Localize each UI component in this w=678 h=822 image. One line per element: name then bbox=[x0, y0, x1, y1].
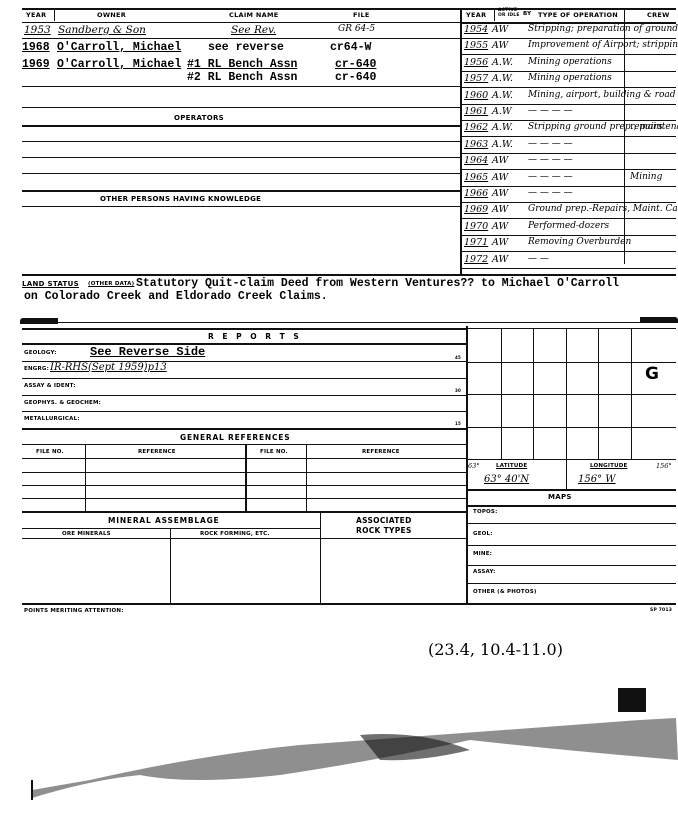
divider bbox=[462, 202, 676, 203]
land-status-sublabel: (OTHER DATA) bbox=[88, 281, 134, 287]
activity-by: AW bbox=[492, 40, 508, 51]
file-number: cr64-W bbox=[330, 41, 371, 54]
divider bbox=[22, 411, 466, 412]
divider bbox=[22, 86, 460, 87]
map-row-other: OTHER (& PHOTOS) bbox=[473, 589, 537, 595]
activity-operation: Mining, airport, building & road repairs bbox=[528, 90, 678, 100]
claim-name: #1 RL Bench Assn bbox=[187, 58, 297, 71]
lon-suffix: 156° bbox=[656, 462, 672, 470]
activity-year: 1969 bbox=[464, 204, 488, 215]
activity-year: 1971 bbox=[464, 237, 488, 248]
activity-operation: Stripping; preparation of ground bbox=[528, 24, 678, 34]
activity-operation: Removing Overburden bbox=[528, 237, 631, 247]
activity-by: A.W. bbox=[492, 73, 513, 84]
activity-by: AW bbox=[492, 24, 508, 35]
report-label-metallurgical: METALLURGICAL: bbox=[24, 416, 80, 422]
activity-operation: Improvement of Airport; stripping bbox=[528, 40, 678, 50]
activity-by: A.W. bbox=[492, 139, 513, 150]
longitude-value: 156° W bbox=[578, 474, 616, 485]
divider bbox=[566, 459, 567, 489]
grid-line bbox=[466, 394, 676, 395]
divider bbox=[320, 511, 321, 603]
divider bbox=[22, 107, 460, 108]
activity-year: 1963 bbox=[464, 139, 488, 150]
form-number: SP 7013 bbox=[650, 608, 672, 613]
activity-operation: Performed-dozers bbox=[528, 221, 609, 231]
activity-by: A.W. bbox=[492, 122, 513, 133]
activity-by: AW bbox=[492, 221, 508, 232]
divider bbox=[22, 125, 460, 127]
divider bbox=[170, 528, 171, 603]
grid-line bbox=[631, 328, 632, 459]
divider bbox=[22, 603, 676, 605]
divider bbox=[22, 528, 320, 529]
activity-year: 1956 bbox=[464, 57, 488, 68]
divider bbox=[462, 235, 676, 236]
divider bbox=[462, 136, 676, 137]
divider bbox=[466, 583, 676, 584]
activity-operation: — — — — bbox=[528, 106, 573, 116]
claim-name: #2 RL Bench Assn bbox=[187, 71, 297, 84]
ref-header-reference: REFERENCE bbox=[138, 449, 176, 455]
header-owner: OWNER bbox=[97, 11, 126, 19]
owner-name: O'Carroll, Michael bbox=[57, 58, 181, 71]
grid-line bbox=[466, 459, 676, 460]
divider bbox=[466, 565, 676, 566]
grid-mark: G bbox=[645, 364, 659, 384]
activity-operation: — — — — bbox=[528, 188, 573, 198]
grid-line bbox=[501, 328, 502, 459]
divider bbox=[22, 395, 466, 396]
grid-line bbox=[533, 328, 534, 459]
grid-line bbox=[566, 328, 567, 459]
divider bbox=[22, 428, 466, 430]
header-by: BY bbox=[523, 11, 531, 17]
activity-by: AW bbox=[492, 172, 508, 183]
divider bbox=[462, 251, 676, 252]
scan-smudge-icon bbox=[0, 680, 678, 822]
top-border-left bbox=[22, 8, 460, 10]
report-label-geology: GEOLOGY: bbox=[24, 350, 57, 356]
reports-title: R E P O R T S bbox=[208, 332, 302, 341]
divider bbox=[462, 54, 676, 55]
grid-line bbox=[598, 328, 599, 459]
file-number: cr-640 bbox=[335, 58, 376, 71]
map-row-geol: GEOL: bbox=[473, 531, 493, 537]
map-row-mine: MINE: bbox=[473, 551, 492, 557]
points-label: POINTS MERITING ATTENTION: bbox=[24, 608, 124, 614]
divider bbox=[462, 120, 676, 121]
divider bbox=[22, 498, 466, 499]
activity-operation: Ground prep.-Repairs, Maint. Camp bldgs. bbox=[528, 204, 678, 214]
divider bbox=[22, 190, 460, 192]
activity-by: A.W. bbox=[492, 57, 513, 68]
divider bbox=[22, 538, 466, 539]
activity-crew: Mining bbox=[630, 172, 662, 182]
file-number: cr-640 bbox=[335, 71, 376, 84]
activity-operation: — — — — bbox=[528, 172, 573, 182]
activity-by: A.W bbox=[492, 106, 512, 117]
report-label-engrg: ENGRG: bbox=[24, 366, 49, 372]
side-number: 30 bbox=[455, 388, 461, 393]
divider bbox=[22, 157, 460, 158]
land-status-text: Statutory Quit-claim Deed from Western V… bbox=[136, 277, 619, 290]
activity-operation: Mining operations bbox=[528, 73, 612, 83]
activity-year: 1972 bbox=[464, 254, 488, 265]
section-divider bbox=[460, 8, 462, 276]
divider bbox=[22, 378, 466, 379]
activity-year: 1960 bbox=[464, 90, 488, 101]
latitude-value: 63° 40'N bbox=[484, 474, 529, 485]
activity-year: 1964 bbox=[464, 155, 488, 166]
header-type: TYPE OF OPERATION bbox=[538, 11, 618, 19]
divider bbox=[462, 38, 676, 39]
side-number: 45 bbox=[455, 355, 461, 360]
report-label-assay: ASSAY & IDENT: bbox=[24, 383, 76, 389]
ref-header-reference-2: REFERENCE bbox=[362, 449, 400, 455]
report-value-engrg: IR-RHS(Sept 1959)p13 bbox=[50, 362, 167, 373]
divider bbox=[22, 511, 466, 513]
rock-forming-header: ROCK FORMING, ETC. bbox=[200, 531, 270, 537]
activity-year: 1957 bbox=[464, 73, 488, 84]
activity-by: AW bbox=[492, 188, 508, 199]
associated-rock-types-2: ROCK TYPES bbox=[356, 526, 412, 535]
divider bbox=[22, 328, 466, 330]
activity-year: 1970 bbox=[464, 221, 488, 232]
activity-by: AW bbox=[492, 155, 508, 166]
divider bbox=[22, 206, 460, 207]
grid-line bbox=[466, 362, 676, 363]
side-number: 15 bbox=[455, 421, 461, 426]
divider bbox=[22, 141, 460, 142]
divider bbox=[462, 104, 676, 105]
divider bbox=[462, 153, 676, 154]
divider bbox=[466, 545, 676, 546]
activity-year: 1965 bbox=[464, 172, 488, 183]
activity-year: 1955 bbox=[464, 40, 488, 51]
owner-name: O'Carroll, Michael bbox=[57, 41, 181, 54]
divider bbox=[466, 523, 676, 524]
activity-by: AW bbox=[492, 237, 508, 248]
owner-year: 1969 bbox=[22, 58, 50, 71]
header-file: FILE bbox=[353, 11, 370, 19]
grid-line bbox=[466, 427, 676, 428]
latitude-label: LATITUDE bbox=[496, 463, 527, 469]
divider bbox=[22, 274, 676, 276]
header-year: YEAR bbox=[466, 11, 486, 19]
activity-by: AW bbox=[492, 204, 508, 215]
divider bbox=[494, 9, 495, 21]
land-status-text-2: on Colorado Creek and Eldorado Creek Cla… bbox=[24, 290, 328, 303]
operators-header: OPERATORS bbox=[174, 114, 224, 122]
divider bbox=[54, 9, 55, 21]
lat-prefix: 63° bbox=[468, 462, 480, 470]
activity-operation: — — bbox=[528, 254, 549, 264]
mineral-assemblage-title: MINERAL ASSEMBLAGE bbox=[108, 516, 219, 525]
claim-name: see reverse bbox=[208, 41, 284, 54]
divider bbox=[462, 268, 676, 269]
divider bbox=[22, 458, 466, 459]
divider bbox=[22, 485, 466, 486]
header-crew: CREW bbox=[647, 11, 670, 19]
divider bbox=[306, 444, 307, 511]
activity-operation: — — — — bbox=[528, 155, 573, 165]
divider bbox=[466, 489, 676, 491]
divider bbox=[22, 38, 460, 39]
activity-operation: Mining operations bbox=[528, 57, 612, 67]
activity-year: 1954 bbox=[464, 24, 488, 35]
divider bbox=[22, 322, 676, 323]
report-label-geophys: GEOPHYS. & GEOCHEM: bbox=[24, 400, 101, 406]
header-claim-name: CLAIM NAME bbox=[229, 11, 278, 19]
divider bbox=[462, 218, 676, 219]
activity-year: 1966 bbox=[464, 188, 488, 199]
divider bbox=[462, 71, 676, 72]
land-status-label: LAND STATUS bbox=[22, 280, 79, 288]
ref-header-file-no-2: FILE NO. bbox=[260, 449, 288, 455]
file-number: GR 64-5 bbox=[338, 24, 375, 34]
other-persons-header: OTHER PERSONS HAVING KNOWLEDGE bbox=[100, 195, 261, 203]
handwritten-note: (23.4, 10.4-11.0) bbox=[428, 640, 563, 659]
divider bbox=[22, 444, 466, 445]
ref-header-file-no: FILE NO. bbox=[36, 449, 64, 455]
divider bbox=[462, 87, 676, 88]
divider bbox=[85, 444, 86, 511]
report-value-geology: See Reverse Side bbox=[90, 345, 205, 359]
owner-name: Sandberg & Son bbox=[58, 24, 146, 36]
activity-operation: — — — — bbox=[528, 139, 573, 149]
divider bbox=[22, 343, 466, 345]
grid-line bbox=[466, 328, 676, 329]
header-active: ACTIVE OR IDLE bbox=[498, 8, 522, 18]
tab-mark-left bbox=[20, 318, 58, 324]
longitude-label: LONGITUDE bbox=[590, 463, 628, 469]
ore-minerals-header: ORE MINERALS bbox=[62, 531, 111, 537]
claim-name: See Rev. bbox=[231, 24, 276, 36]
divider bbox=[462, 169, 676, 170]
associated-rock-types-1: ASSOCIATED bbox=[356, 516, 412, 525]
activity-year: 1961 bbox=[464, 106, 488, 117]
general-references-title: GENERAL REFERENCES bbox=[180, 433, 290, 442]
activity-by: AW bbox=[492, 254, 508, 265]
map-row-assay: ASSAY: bbox=[473, 569, 496, 575]
activity-year: 1962 bbox=[464, 122, 488, 133]
owner-year: 1968 bbox=[22, 41, 50, 54]
map-row-topos: TOPOS: bbox=[473, 509, 498, 515]
divider bbox=[22, 22, 460, 23]
activity-by: A.W. bbox=[492, 90, 513, 101]
header-year: YEAR bbox=[26, 11, 46, 19]
divider bbox=[462, 186, 676, 187]
divider bbox=[22, 472, 466, 473]
divider bbox=[22, 173, 460, 174]
divider bbox=[466, 505, 676, 507]
maps-title: MAPS bbox=[548, 493, 572, 501]
owner-year: 1953 bbox=[24, 24, 51, 36]
divider bbox=[245, 444, 247, 511]
activity-crew: repairs bbox=[630, 122, 663, 132]
